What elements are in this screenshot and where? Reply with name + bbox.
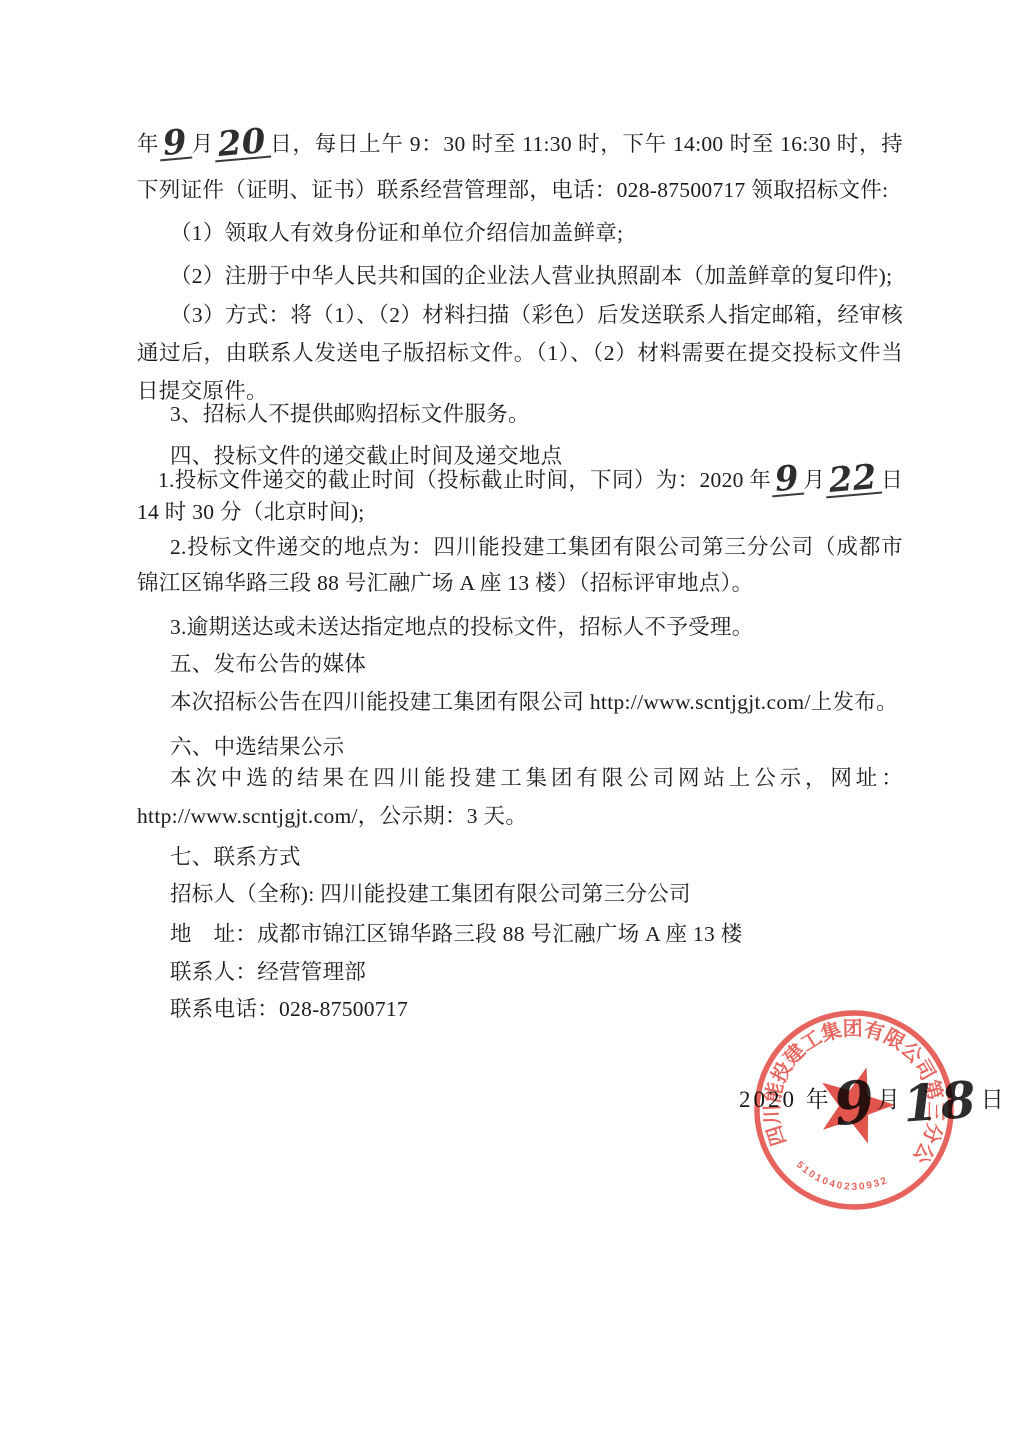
paragraph-item-1: （1）领取人有效身份证和单位介绍信加盖鲜章;	[137, 213, 903, 253]
pickup-text-pre: 年	[137, 132, 159, 156]
deadline-text-mid: 月	[803, 468, 825, 492]
section-7-title: 七、联系方式	[137, 837, 903, 877]
paragraph-item-3: （3）方式：将（1）、（2）材料扫描（彩色）后发送联系人指定邮箱，经审核通过后，…	[137, 296, 903, 410]
contact-person: 联系人：经营管理部	[137, 952, 903, 992]
section-4-item-2: 2.投标文件递交的地点为：四川能投建工集团有限公司第三分公司（成都市锦江区锦华路…	[137, 529, 903, 601]
document-page: 年9月20日，每日上午 9：30 时至 11:30 时，下午 14:00 时至 …	[0, 0, 1017, 1438]
paragraph-no-mail-order: 3、招标人不提供邮购招标文件服务。	[137, 394, 903, 434]
paragraph-item-2: （2）注册于中华人民共和国的企业法人营业执照副本（加盖鲜章的复印件);	[137, 256, 903, 296]
handwritten-day-20: 20	[213, 128, 271, 163]
handwritten-day-22: 22	[824, 464, 882, 499]
pickup-text-mid: 月	[191, 132, 214, 156]
paragraph-pickup-instructions: 年9月20日，每日上午 9：30 时至 11:30 时，下午 14:00 时至 …	[137, 121, 903, 213]
section-5-body: 本次招标公告在四川能投建工集团有限公司 http://www.scntjgjt.…	[137, 682, 903, 722]
section-6-body: 本次中选的结果在四川能投建工集团有限公司网站上公示，网址：http://www.…	[137, 759, 903, 835]
section-4-item-3: 3.逾期送达或未送达指定地点的投标文件，招标人不予受理。	[137, 607, 903, 647]
deadline-text-pre: 1.投标文件递交的截止时间（投标截止时间，下同）为：2020 年	[158, 468, 771, 492]
contact-address: 地 址：成都市锦江区锦华路三段 88 号汇融广场 A 座 13 楼	[137, 914, 903, 954]
handwritten-month-20: 9	[158, 129, 192, 162]
star-icon	[809, 1056, 903, 1147]
contact-tenderer-name: 招标人（全称): 四川能投建工集团有限公司第三分公司	[137, 874, 903, 914]
section-5-title: 五、发布公告的媒体	[137, 644, 903, 684]
company-seal: 四川能投建工集团有限公司第三分公司 5101040230932	[748, 1004, 960, 1216]
date-day-char: 日	[981, 1081, 1007, 1114]
section-4-item-1: 1.投标文件递交的截止时间（投标截止时间，下同）为：2020 年9月22日 14…	[137, 464, 903, 528]
handwritten-month-22: 9	[770, 465, 804, 498]
